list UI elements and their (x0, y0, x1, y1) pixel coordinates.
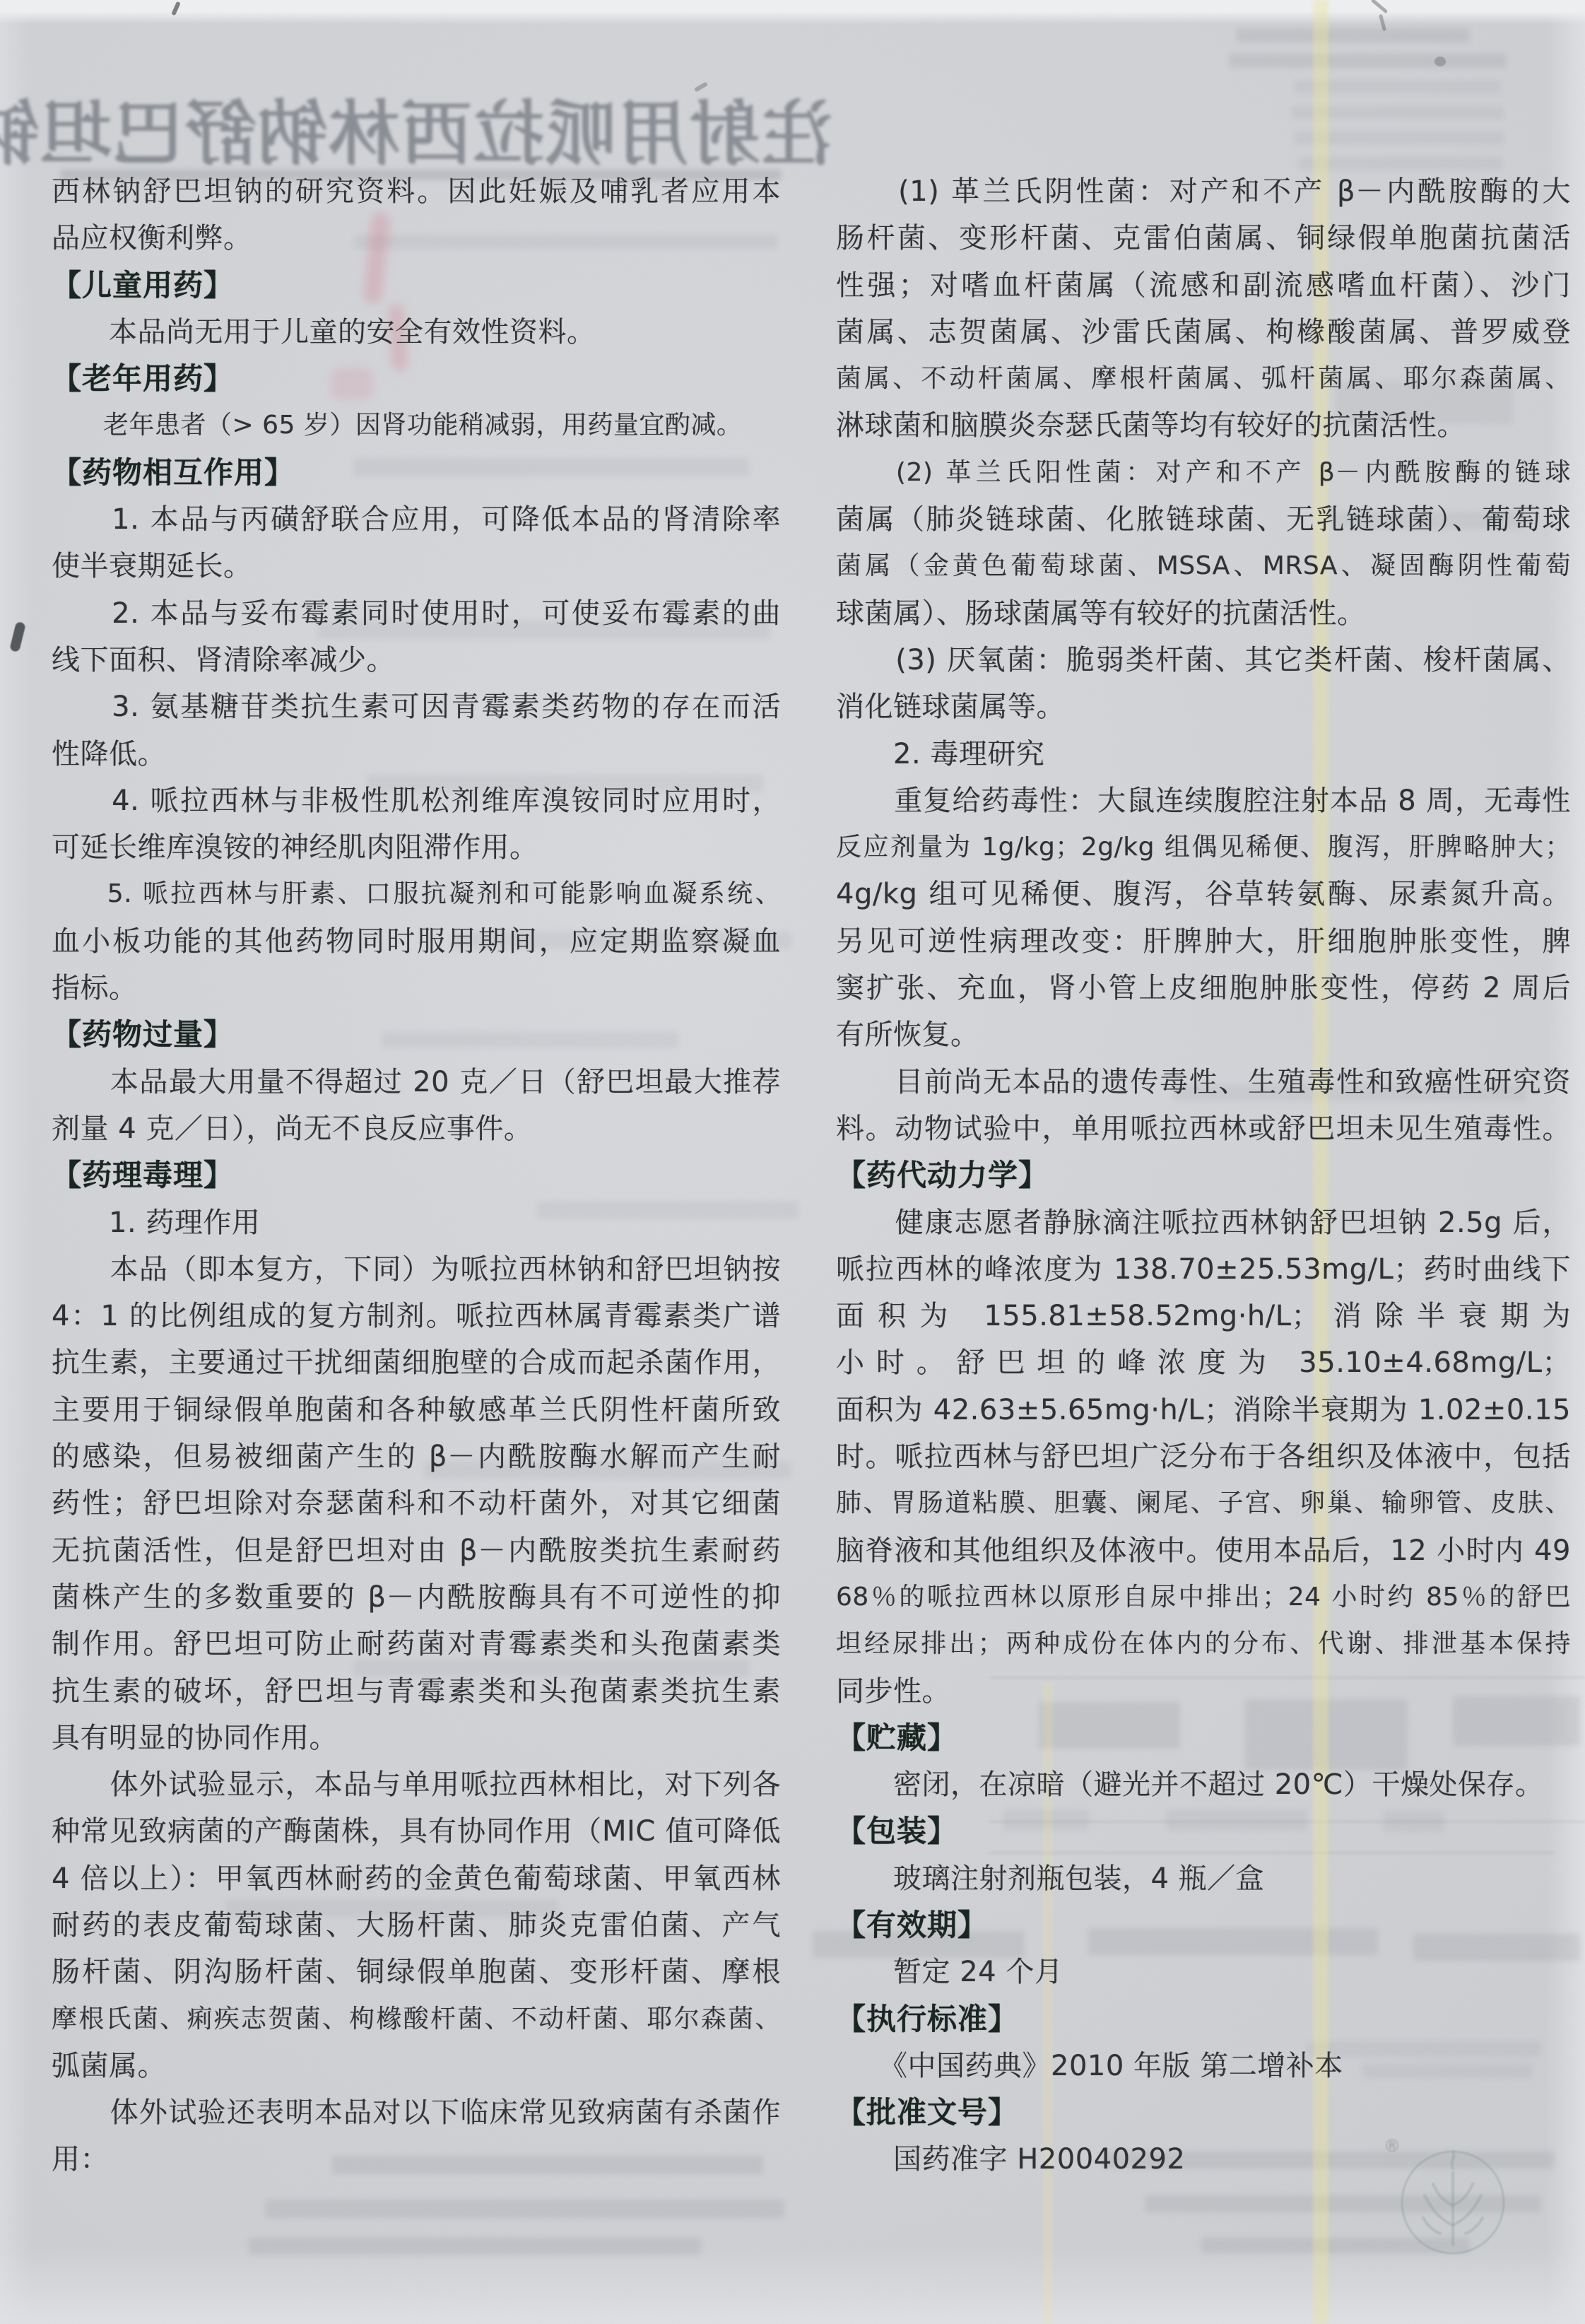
text-line: 老年患者（> 65 岁）因肾功能稍减弱，用药量宜酌减。 (52, 402, 781, 449)
text-line: (1) 革兰氏阴性菌：对产和不产 β－内酰胺酶的大 (836, 168, 1571, 215)
text-line: 血小板功能的其他药物同时服用期间，应定期监察凝血 (52, 918, 781, 965)
text-line: 国药准字 H20040292 (836, 2136, 1571, 2183)
section-header: 【药理毒理】 (52, 1152, 781, 1199)
text-line: 玻璃注射剂瓶包装，4 瓶／盒 (836, 1855, 1571, 1902)
section-header: 【药代动力学】 (836, 1152, 1571, 1199)
text-line: 面积为 42.63±5.65mg·h/L；消除半衰期为 1.02±0.15 小 (836, 1387, 1571, 1433)
ink-speckle (694, 81, 708, 92)
bleed-through-ghost (1237, 28, 1470, 42)
text-line: 面积为 155.81±58.52mg·h/L；消除半衰期为 0.88±0.39 (836, 1293, 1571, 1339)
text-line: 时。哌拉西林与舒巴坦广泛分布于各组织及体液中，包括 (836, 1433, 1571, 1480)
text-line: 种常见致病菌的产酶菌株，具有协同作用（MIC 值可降低 (52, 1808, 781, 1855)
text-line: 菌属、志贺菌属、沙雷氏菌属、枸橼酸菌属、普罗威登 (836, 309, 1571, 356)
text-line: 可延长维库溴铵的神经肌肉阻滞作用。 (52, 824, 781, 871)
text-line: 消化链球菌属等。 (836, 683, 1571, 730)
ink-speckle (1434, 57, 1446, 66)
left-text-column: 西林钠舒巴坦钠的研究资料。因此妊娠及哺乳者应用本品应权衡利弊。【儿童用药】 本品… (52, 168, 781, 2183)
text-line: 本品（即本复方，下同）为哌拉西林钠和舒巴坦钠按 (52, 1246, 781, 1293)
text-line: 5. 哌拉西林与肝素、口服抗凝剂和可能影响血凝系统、 (52, 871, 781, 917)
text-line: 健康志愿者静脉滴注哌拉西林钠舒巴坦钠 2.5g 后， (836, 1199, 1571, 1246)
section-header: 【老年用药】 (52, 356, 781, 402)
text-line: 本品尚无用于儿童的安全有效性资料。 (52, 309, 781, 356)
text-line: 1. 药理作用 (52, 1199, 781, 1246)
text-line: 菌属（金黄色葡萄球菌、MSSA、MRSA、凝固酶阴性葡萄 (836, 543, 1571, 589)
text-line: 4 倍以上）：甲氧西林耐药的金黄色葡萄球菌、甲氧西林 (52, 1855, 781, 1902)
ink-speckle (1371, 0, 1389, 13)
text-line: 4：1 的比例组成的复方制剂。哌拉西林属青霉素类广谱 (52, 1293, 781, 1339)
text-line: 体外试验显示，本品与单用哌拉西林相比，对下列各 (52, 1761, 781, 1808)
text-line: 坦经尿排出；两种成份在体内的分布、代谢、排泄基本保持 (836, 1621, 1571, 1667)
text-line: 制作用。舒巴坦可防止耐药菌对青霉素类和头孢菌素类 (52, 1621, 781, 1667)
text-line: 体外试验还表明本品对以下临床常见致病菌有杀菌作 (52, 2089, 781, 2136)
text-line: 4. 哌拉西林与非极性肌松剂维库溴铵同时应用时， (52, 777, 781, 824)
text-line: 肠杆菌、阴沟肠杆菌、铜绿假单胞菌、变形杆菌、摩根 (52, 1949, 781, 1995)
text-line: 无抗菌活性，但是舒巴坦对由 β－内酰胺类抗生素耐药 (52, 1527, 781, 1574)
text-line: 性强；对嗜血杆菌属（流感和副流感嗜血杆菌）、沙门 (836, 262, 1571, 309)
text-line: 目前尚无本品的遗传毒性、生殖毒性和致癌性研究资 (836, 1059, 1571, 1105)
text-line: 68％的哌拉西林以原形自尿中排出；24 小时约 85％的舒巴 (836, 1574, 1571, 1621)
bleed-through-title: 注射用哌拉西林钠舒巴坦钠 (49, 92, 832, 177)
text-line: 密闭，在凉暗（避光并不超过 20℃）干燥处保存。 (836, 1761, 1571, 1808)
text-line: 小时。舒巴坦的峰浓度为 35.10±4.68mg/L；药时曲线下 (836, 1339, 1571, 1386)
text-line: 料。动物试验中，单用哌拉西林或舒巴坦未见生殖毒性。 (836, 1105, 1571, 1152)
text-line: 菌属（肺炎链球菌、化脓链球菌、无乳链球菌）、葡萄球 (836, 496, 1571, 543)
bleed-through-ghost (249, 2238, 701, 2255)
text-line: 哌拉西林的峰浓度为 138.70±25.53mg/L；药时曲线下 (836, 1246, 1571, 1293)
text-line: 2. 本品与妥布霉素同时使用时，可使妥布霉素的曲 (52, 590, 781, 637)
text-line: 《中国药典》2010 年版 第二增补本 (836, 2043, 1571, 2089)
text-line: 主要用于铜绿假单胞菌和各种敏感革兰氏阴性杆菌所致 (52, 1387, 781, 1433)
text-line: 球菌属）、肠球菌属等有较好的抗菌活性。 (836, 590, 1571, 637)
text-line: 窦扩张、充血，肾小管上皮细胞肿胀变性，停药 2 周后 (836, 965, 1571, 1011)
text-line: 用： (52, 2136, 781, 2183)
text-line: 使半衰期延长。 (52, 543, 781, 589)
text-line: 肠杆菌、变形杆菌、克雷伯菌属、铜绿假单胞菌抗菌活 (836, 215, 1571, 262)
scanned-leaflet-page: 注射用哌拉西林钠舒巴坦钠 (0, 0, 1585, 2324)
text-line: 西林钠舒巴坦钠的研究资料。因此妊娠及哺乳者应用本 (52, 168, 781, 215)
text-line: 药性；舒巴坦除对奈瑟菌科和不动杆菌外，对其它细菌 (52, 1480, 781, 1527)
text-line: 的感染，但易被细菌产生的 β－内酰胺酶水解而产生耐 (52, 1433, 781, 1480)
right-text-column: (1) 革兰氏阴性菌：对产和不产 β－内酰胺酶的大肠杆菌、变形杆菌、克雷伯菌属、… (836, 168, 1571, 2183)
text-line: 同步性。 (836, 1668, 1571, 1715)
text-line: 另见可逆性病理改变：肝脾肿大，肝细胞肿胀变性，脾 (836, 918, 1571, 965)
text-line: 2. 毒理研究 (836, 731, 1571, 777)
section-header: 【贮藏】 (836, 1715, 1571, 1761)
bleed-through-ghost (265, 2200, 784, 2218)
text-line: 1. 本品与丙磺舒联合应用，可降低本品的肾清除率 (52, 496, 781, 543)
text-line: 反应剂量为 1g/kg；2g/kg 组偶见稀便、腹泻，肝脾略肿大； (836, 824, 1571, 871)
text-line: 抗生素，主要通过干扰细菌细胞壁的合成而起杀菌作用， (52, 1339, 781, 1386)
section-header: 【执行标准】 (836, 1996, 1571, 2043)
section-header: 【儿童用药】 (52, 262, 781, 309)
section-header: 【有效期】 (836, 1902, 1571, 1949)
text-line: 淋球菌和脑膜炎奈瑟氏菌等均有较好的抗菌活性。 (836, 402, 1571, 449)
handwritten-tick-mark (9, 621, 26, 652)
section-header: 【批准文号】 (836, 2089, 1571, 2136)
text-line: 肺、胃肠道粘膜、胆囊、阑尾、子宫、卵巢、输卵管、皮肤、 (836, 1480, 1571, 1527)
text-line: 3. 氨基糖苷类抗生素可因青霉素类药物的存在而活 (52, 683, 781, 730)
text-line: 指标。 (52, 965, 781, 1011)
text-line: 有所恢复。 (836, 1011, 1571, 1058)
text-line: 性降低。 (52, 731, 781, 777)
text-line: 耐药的表皮葡萄球菌、大肠杆菌、肺炎克雷伯菌、产气 (52, 1902, 781, 1949)
section-header: 【药物相互作用】 (52, 450, 781, 496)
section-header: 【包装】 (836, 1808, 1571, 1855)
text-line: (3) 厌氧菌：脆弱类杆菌、其它类杆菌、梭杆菌属、 (836, 637, 1571, 683)
text-line: 暂定 24 个月 (836, 1949, 1571, 1995)
ink-speckle (171, 1, 181, 16)
text-line: 品应权衡利弊。 (52, 215, 781, 262)
text-line: 抗生素的破坏，舒巴坦与青霉素类和头孢菌素类抗生素 (52, 1668, 781, 1715)
text-line: 重复给药毒性：大鼠连续腹腔注射本品 8 周，无毒性 (836, 777, 1571, 824)
text-line: 本品最大用量不得超过 20 克／日（舒巴坦最大推荐 (52, 1059, 781, 1105)
text-line: 摩根氏菌、痢疾志贺菌、枸橼酸杆菌、不动杆菌、耶尔森菌、 (52, 1996, 781, 2043)
text-line: (2) 革兰氏阳性菌：对产和不产 β－内酰胺酶的链球 (836, 450, 1571, 496)
text-line: 脑脊液和其他组织及体液中。使用本品后，12 小时内 49～ (836, 1527, 1571, 1574)
text-line: 菌属、不动杆菌属、摩根杆菌属、弧杆菌属、耶尔森菌属、 (836, 356, 1571, 402)
text-line: 弧菌属。 (52, 2043, 781, 2089)
text-line: 具有明显的协同作用。 (52, 1715, 781, 1761)
bleed-through-ghost (1230, 54, 1507, 68)
text-line: 菌株产生的多数重要的 β－内酰胺酶具有不可逆性的抑 (52, 1574, 781, 1621)
text-line: 线下面积、肾清除率减少。 (52, 637, 781, 683)
text-line: 4g/kg 组可见稀便、腹泻，谷草转氨酶、尿素氮升高。 (836, 871, 1571, 917)
text-line: 剂量 4 克／日），尚无不良反应事件。 (52, 1105, 781, 1152)
section-header: 【药物过量】 (52, 1011, 781, 1058)
